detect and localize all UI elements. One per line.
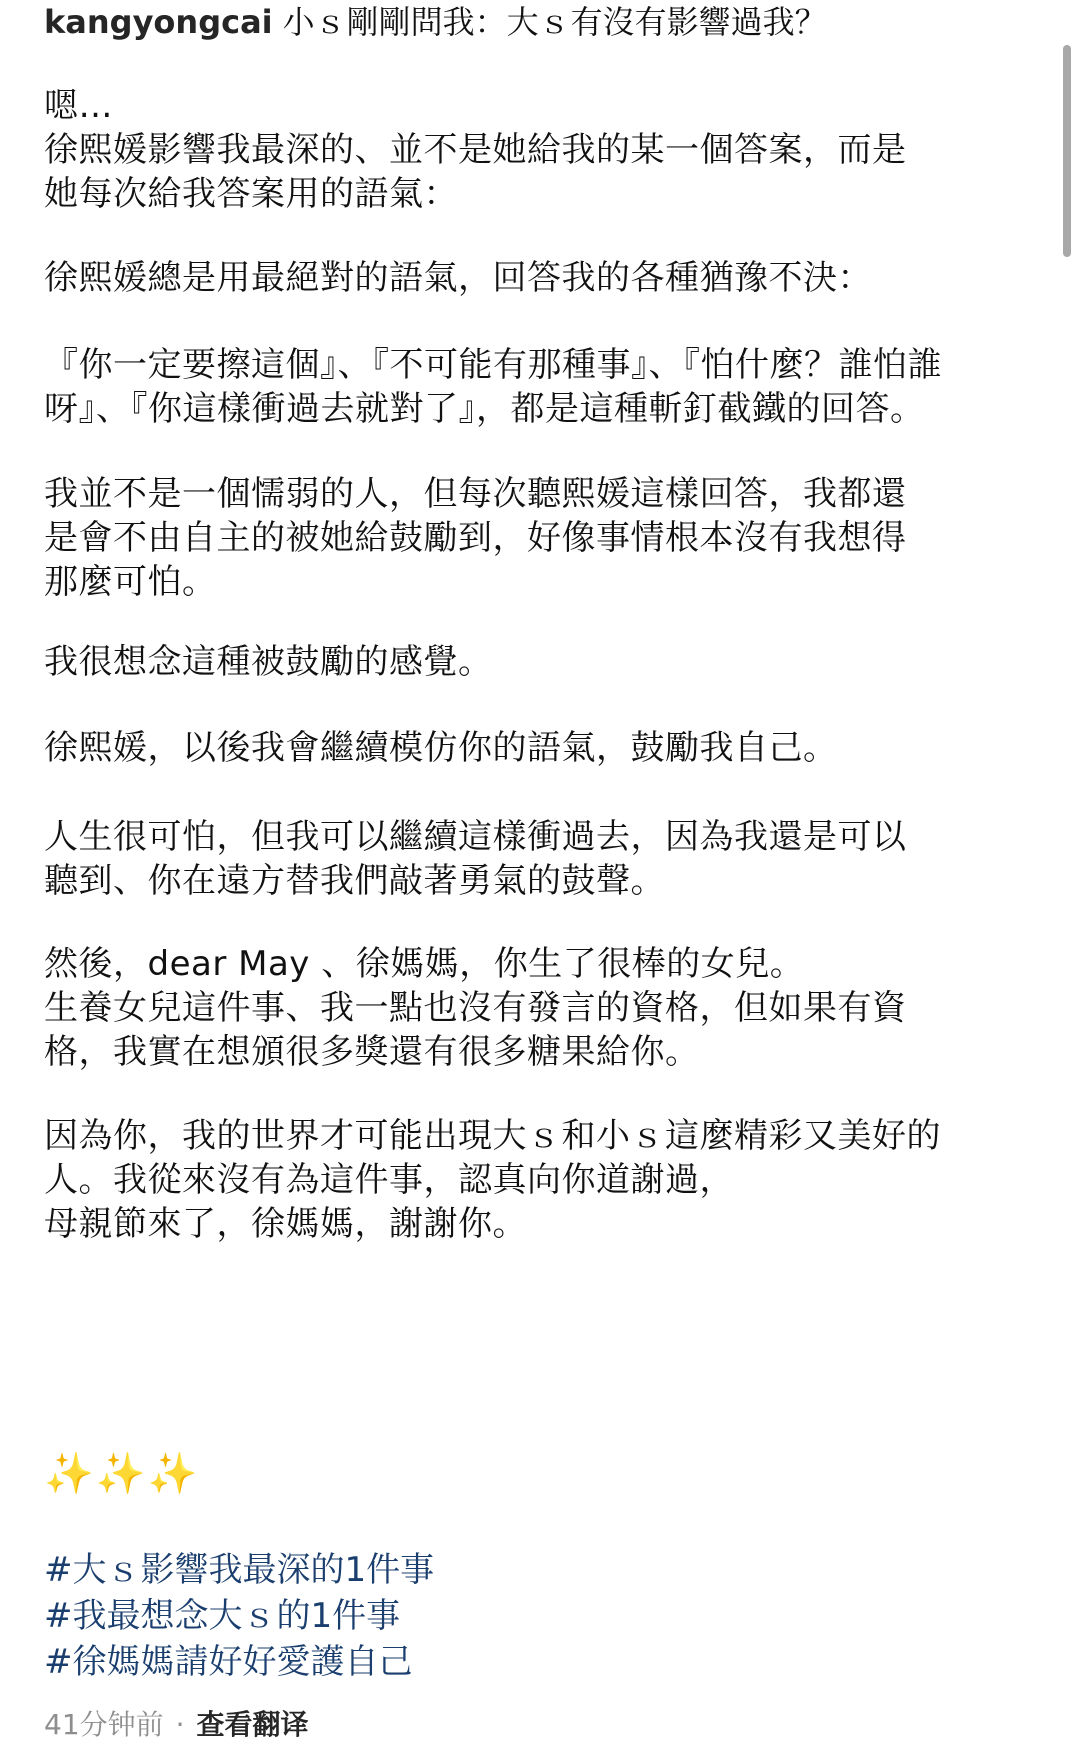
caption-line: 那麼可怕。 xyxy=(44,560,1034,604)
username-link[interactable]: kangyongcai xyxy=(44,3,273,41)
caption-line: 格，我實在想頒很多獎還有很多糖果給你。 xyxy=(44,1030,1034,1074)
post-meta: 41分钟前·查看翻译 xyxy=(44,1707,309,1743)
caption-line: 『你一定要擦這個』、『不可能有那種事』、『怕什麼？誰怕誰 xyxy=(44,343,1034,387)
caption-line: 生養女兒這件事、我一點也沒有發言的資格，但如果有資 xyxy=(44,986,1034,1030)
caption-paragraph-3: 『你一定要擦這個』、『不可能有那種事』、『怕什麼？誰怕誰 呀』、『你這樣衝過去就… xyxy=(44,343,1034,431)
caption-line: 人生很可怕，但我可以繼續這樣衝過去，因為我還是可以 xyxy=(44,815,1034,859)
caption-paragraph-2: 徐熙媛總是用最絕對的語氣，回答我的各種猶豫不決： xyxy=(44,256,1034,300)
caption-line: 徐熙媛總是用最絕對的語氣，回答我的各種猶豫不決： xyxy=(44,256,1034,300)
caption-line: 因為你，我的世界才可能出現大ｓ和小ｓ這麼精彩又美好的 xyxy=(44,1114,1034,1158)
caption-line: 我很想念這種被鼓勵的感覺。 xyxy=(44,640,1034,684)
caption-line: 嗯… xyxy=(44,84,1034,128)
caption-line: 徐熙媛，以後我會繼續模仿你的語氣，鼓勵我自己。 xyxy=(44,726,1034,770)
separator-dot: · xyxy=(176,1708,185,1741)
caption-line: 我並不是一個懦弱的人，但每次聽熙媛這樣回答，我都還 xyxy=(44,472,1034,516)
sparkles-emoji-icon: ✨✨✨ xyxy=(44,1446,199,1502)
caption-line: 聽到、你在遠方替我們敲著勇氣的鼓聲。 xyxy=(44,859,1034,903)
caption-line: 人。我從來沒有為這件事，認真向你道謝過， xyxy=(44,1158,1034,1202)
caption-header: kangyongcai小ｓ剛剛問我：大ｓ有沒有影響過我？ xyxy=(44,2,827,42)
caption-first-line: 小ｓ剛剛問我：大ｓ有沒有影響過我？ xyxy=(283,3,827,41)
caption-line: 母親節來了，徐媽媽，謝謝你。 xyxy=(44,1202,1034,1246)
caption-line: 然後，dear May 、徐媽媽，你生了很棒的女兒。 xyxy=(44,942,1034,986)
caption-paragraph-1: 嗯… 徐熙媛影響我最深的、並不是她給我的某一個答案，而是 她每次給我答案用的語氣… xyxy=(44,84,1034,216)
caption-paragraph-4: 我並不是一個懦弱的人，但每次聽熙媛這樣回答，我都還 是會不由自主的被她給鼓勵到，… xyxy=(44,472,1034,604)
hashtag-list: #大ｓ影響我最深的1件事 #我最想念大ｓ的1件事 #徐媽媽請好好愛護自己 xyxy=(44,1547,434,1685)
see-translation-button[interactable]: 查看翻译 xyxy=(197,1708,309,1741)
caption-paragraph-5: 我很想念這種被鼓勵的感覺。 xyxy=(44,640,1034,684)
caption-paragraph-8: 然後，dear May 、徐媽媽，你生了很棒的女兒。 生養女兒這件事、我一點也沒… xyxy=(44,942,1034,1074)
hashtag-link[interactable]: #我最想念大ｓ的1件事 xyxy=(44,1593,434,1639)
caption-line: 是會不由自主的被她給鼓勵到，好像事情根本沒有我想得 xyxy=(44,516,1034,560)
hashtag-link[interactable]: #徐媽媽請好好愛護自己 xyxy=(44,1639,434,1685)
caption-paragraph-6: 徐熙媛，以後我會繼續模仿你的語氣，鼓勵我自己。 xyxy=(44,726,1034,770)
hashtag-link[interactable]: #大ｓ影響我最深的1件事 xyxy=(44,1547,434,1593)
caption-line: 她每次給我答案用的語氣： xyxy=(44,172,1034,216)
timestamp: 41分钟前 xyxy=(44,1708,164,1741)
caption-line: 徐熙媛影響我最深的、並不是她給我的某一個答案，而是 xyxy=(44,128,1034,172)
caption-paragraph-7: 人生很可怕，但我可以繼續這樣衝過去，因為我還是可以 聽到、你在遠方替我們敲著勇氣… xyxy=(44,815,1034,903)
caption-line: 呀』、『你這樣衝過去就對了』，都是這種斬釘截鐵的回答。 xyxy=(44,387,1034,431)
scrollbar-thumb[interactable] xyxy=(1063,45,1071,257)
caption-paragraph-9: 因為你，我的世界才可能出現大ｓ和小ｓ這麼精彩又美好的 人。我從來沒有為這件事，認… xyxy=(44,1114,1034,1246)
